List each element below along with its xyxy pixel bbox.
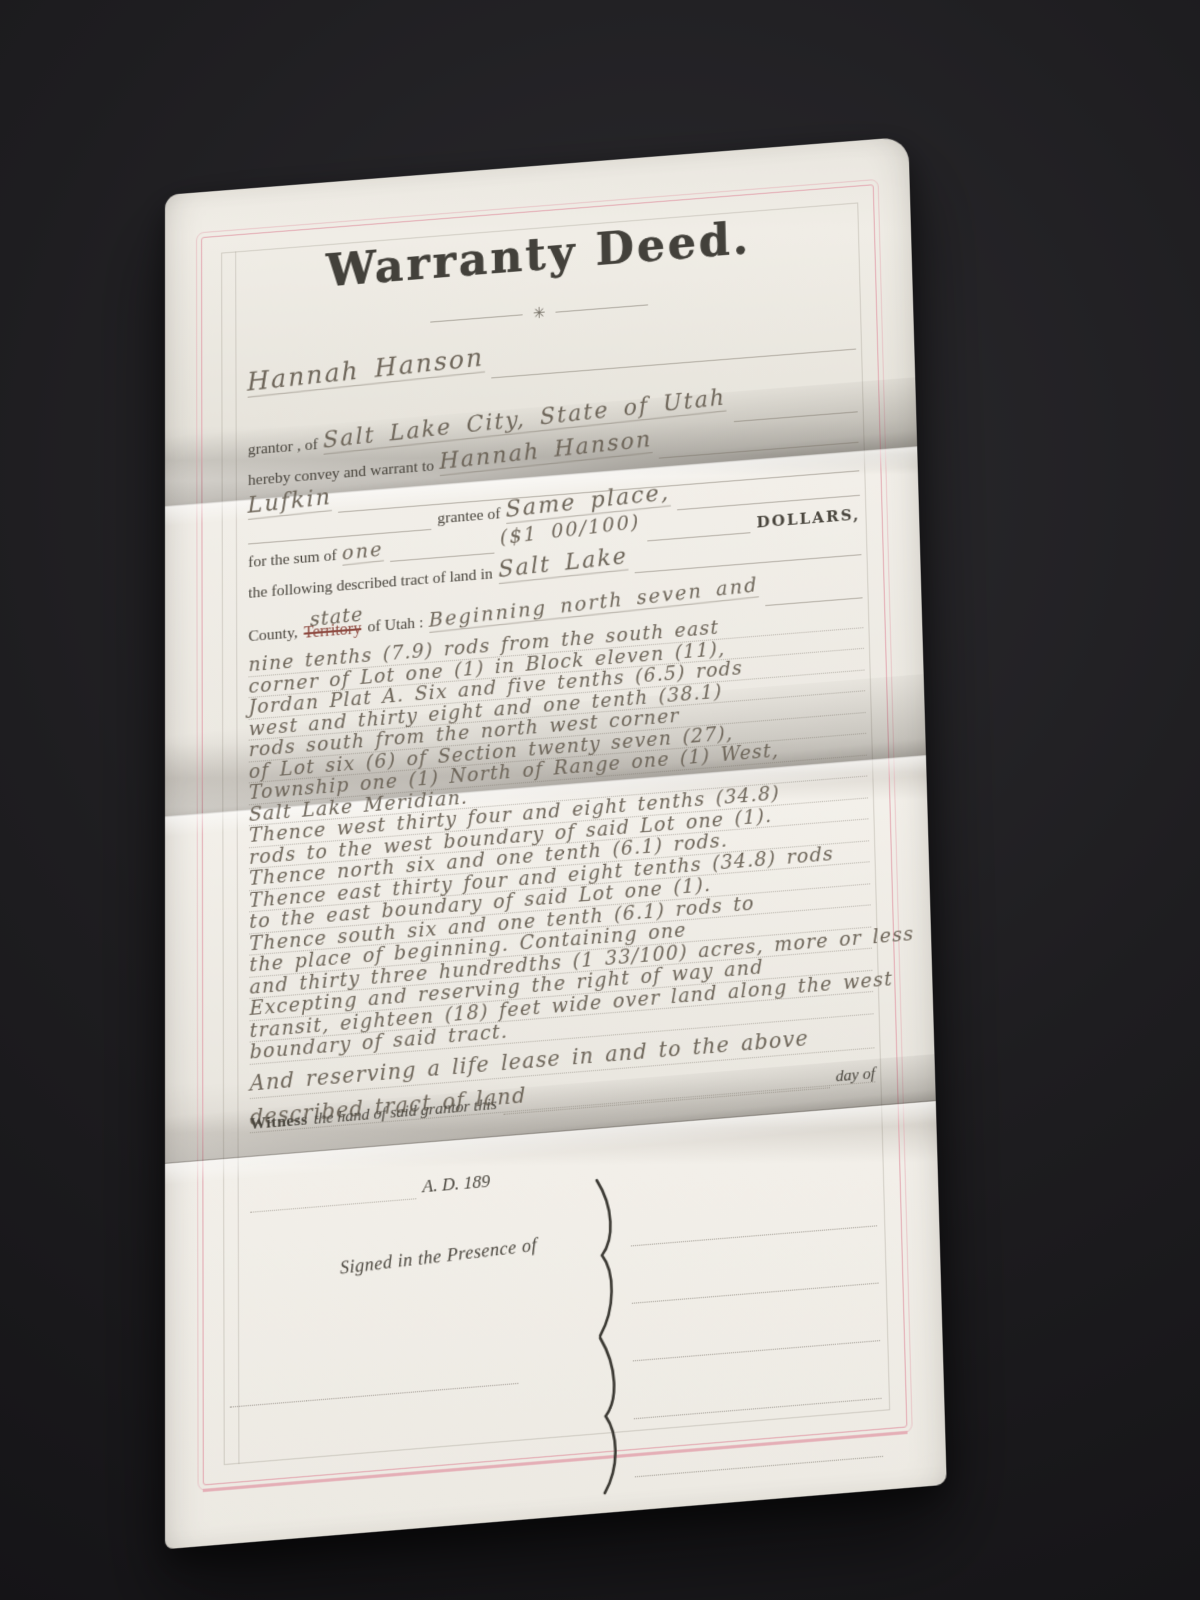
legal-description: nine tenths (7.9) rods from the south ea…	[248, 607, 875, 1133]
day-of-label: day of	[835, 1064, 875, 1087]
ornament-dash	[430, 314, 522, 322]
signed-presence-label: Signed in the Presence of	[339, 1233, 537, 1279]
blank-rule	[491, 348, 856, 379]
ad-189-label: A. D. 189	[422, 1171, 490, 1199]
sum-handwriting: one	[342, 538, 384, 566]
territory-struck-word: Territory state	[304, 620, 362, 643]
witness-word: Witness	[250, 1110, 308, 1135]
grantor-name-handwriting: Hannah Hanson	[247, 342, 485, 398]
county-label: County,	[248, 624, 297, 648]
warranty-deed-sheet: Warranty Deed. ✳ Hannah Hanson grantor ,…	[165, 137, 947, 1550]
signature-brace	[592, 1176, 624, 1496]
signature-line	[230, 1383, 518, 1408]
left-margin-rule	[235, 251, 239, 1464]
witness-signature-lines	[630, 1169, 883, 1477]
of-utah-label: of Utah :	[367, 614, 423, 638]
blank-rule	[503, 1086, 829, 1115]
witness-rest-label: the hand of said grantor this	[314, 1095, 497, 1130]
blank-rule	[766, 596, 863, 606]
sunburst-icon: ✳	[533, 303, 546, 323]
brace-icon	[592, 1176, 624, 1496]
blank-rule	[250, 1198, 416, 1213]
ornament-dash	[556, 304, 648, 312]
